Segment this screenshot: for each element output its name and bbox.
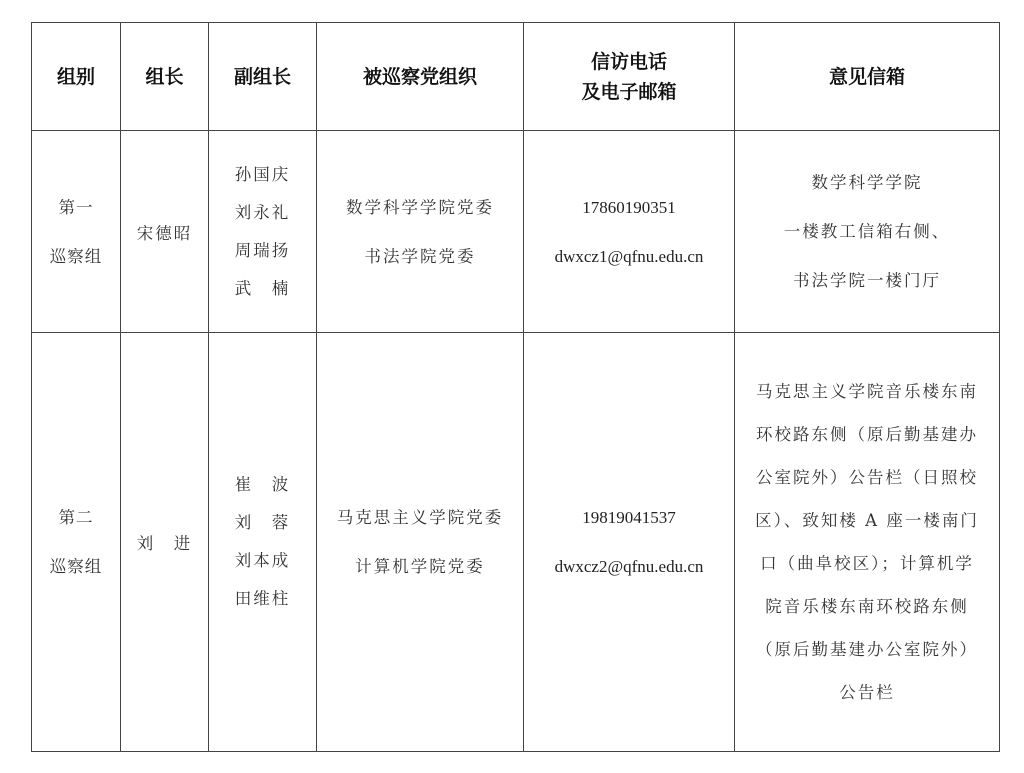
group-name-line1: 第一 xyxy=(32,183,120,232)
group-name-line2: 巡察组 xyxy=(32,542,120,591)
leader-name: 刘 进 xyxy=(121,530,208,554)
organization-cell: 马克思主义学院党委 计算机学院党委 xyxy=(317,333,524,752)
leader-name: 宋德昭 xyxy=(121,220,208,244)
leader-cell: 宋德昭 xyxy=(121,131,209,333)
header-leader: 组长 xyxy=(121,23,209,131)
header-mailbox-label: 意见信箱 xyxy=(735,62,999,92)
contact-cell: 19819041537 dwxcz2@qfnu.edu.cn xyxy=(524,333,735,752)
group-name-line1: 第二 xyxy=(32,493,120,542)
group-name-line2: 巡察组 xyxy=(32,232,120,281)
organization-name: 计算机学院党委 xyxy=(317,542,523,591)
organization-name: 马克思主义学院党委 xyxy=(317,493,523,542)
header-leader-label: 组长 xyxy=(121,62,208,92)
phone-number: 19819041537 xyxy=(524,493,734,542)
email-address: dwxcz1@qfnu.edu.cn xyxy=(524,232,734,281)
header-contact: 信访电话 及电子邮箱 xyxy=(524,23,735,131)
mailbox-cell: 马克思主义学院音乐楼东南 环校路东侧（原后勤基建办 公室院外）公告栏（日照校 区… xyxy=(735,333,1000,752)
mailbox-line: 数学科学学院 xyxy=(735,158,999,207)
header-group-label: 组别 xyxy=(32,62,120,92)
deputy-name: 刘永礼 xyxy=(209,194,316,232)
organization-name: 数学科学学院党委 xyxy=(317,183,523,232)
group-cell: 第二 巡察组 xyxy=(32,333,121,752)
deputy-name: 武 楠 xyxy=(209,270,316,308)
header-deputy-label: 副组长 xyxy=(209,62,316,92)
deputy-name: 周瑞扬 xyxy=(209,232,316,270)
email-address: dwxcz2@qfnu.edu.cn xyxy=(524,542,734,591)
mailbox-line: 院音乐楼东南环校路东侧 xyxy=(747,585,987,628)
table-row: 第一 巡察组 宋德昭 孙国庆 刘永礼 周瑞扬 武 楠 数学科学学院党委 书法学院… xyxy=(32,131,1000,333)
header-deputy: 副组长 xyxy=(209,23,317,131)
deputy-name: 崔 波 xyxy=(209,466,316,504)
mailbox-line: 公室院外）公告栏（日照校 xyxy=(747,456,987,499)
organization-name: 书法学院党委 xyxy=(317,232,523,281)
deputy-cell: 崔 波 刘 蓉 刘本成 田维柱 xyxy=(209,333,317,752)
deputy-cell: 孙国庆 刘永礼 周瑞扬 武 楠 xyxy=(209,131,317,333)
mailbox-line: （原后勤基建办公室院外） xyxy=(747,628,987,671)
deputy-name: 刘本成 xyxy=(209,542,316,580)
group-cell: 第一 巡察组 xyxy=(32,131,121,333)
mailbox-line: 公告栏 xyxy=(747,671,987,714)
header-contact-line2: 及电子邮箱 xyxy=(524,77,734,107)
deputy-name: 孙国庆 xyxy=(209,156,316,194)
mailbox-line: 马克思主义学院音乐楼东南 xyxy=(747,370,987,413)
mailbox-cell: 数学科学学院 一楼教工信箱右侧、 书法学院一楼门厅 xyxy=(735,131,1000,333)
inspection-groups-table: 组别 组长 副组长 被巡察党组织 信访电话 及电子邮箱 意见信箱 第一 巡察组 … xyxy=(31,22,1000,752)
table-row: 第二 巡察组 刘 进 崔 波 刘 蓉 刘本成 田维柱 马克思主义学院党委 计算机… xyxy=(32,333,1000,752)
leader-cell: 刘 进 xyxy=(121,333,209,752)
mailbox-line: 环校路东侧（原后勤基建办 xyxy=(747,413,987,456)
header-organization: 被巡察党组织 xyxy=(317,23,524,131)
header-mailbox: 意见信箱 xyxy=(735,23,1000,131)
phone-number: 17860190351 xyxy=(524,183,734,232)
header-group: 组别 xyxy=(32,23,121,131)
mailbox-line: 书法学院一楼门厅 xyxy=(735,256,999,305)
mailbox-line: 口（曲阜校区）；计算机学 xyxy=(747,542,987,585)
deputy-name: 刘 蓉 xyxy=(209,504,316,542)
mailbox-line: 一楼教工信箱右侧、 xyxy=(735,207,999,256)
deputy-name: 田维柱 xyxy=(209,580,316,618)
mailbox-line: 区）、致知楼 A 座一楼南门 xyxy=(747,499,987,542)
header-row: 组别 组长 副组长 被巡察党组织 信访电话 及电子邮箱 意见信箱 xyxy=(32,23,1000,131)
header-contact-line1: 信访电话 xyxy=(524,47,734,77)
header-organization-label: 被巡察党组织 xyxy=(317,62,523,92)
organization-cell: 数学科学学院党委 书法学院党委 xyxy=(317,131,524,333)
contact-cell: 17860190351 dwxcz1@qfnu.edu.cn xyxy=(524,131,735,333)
